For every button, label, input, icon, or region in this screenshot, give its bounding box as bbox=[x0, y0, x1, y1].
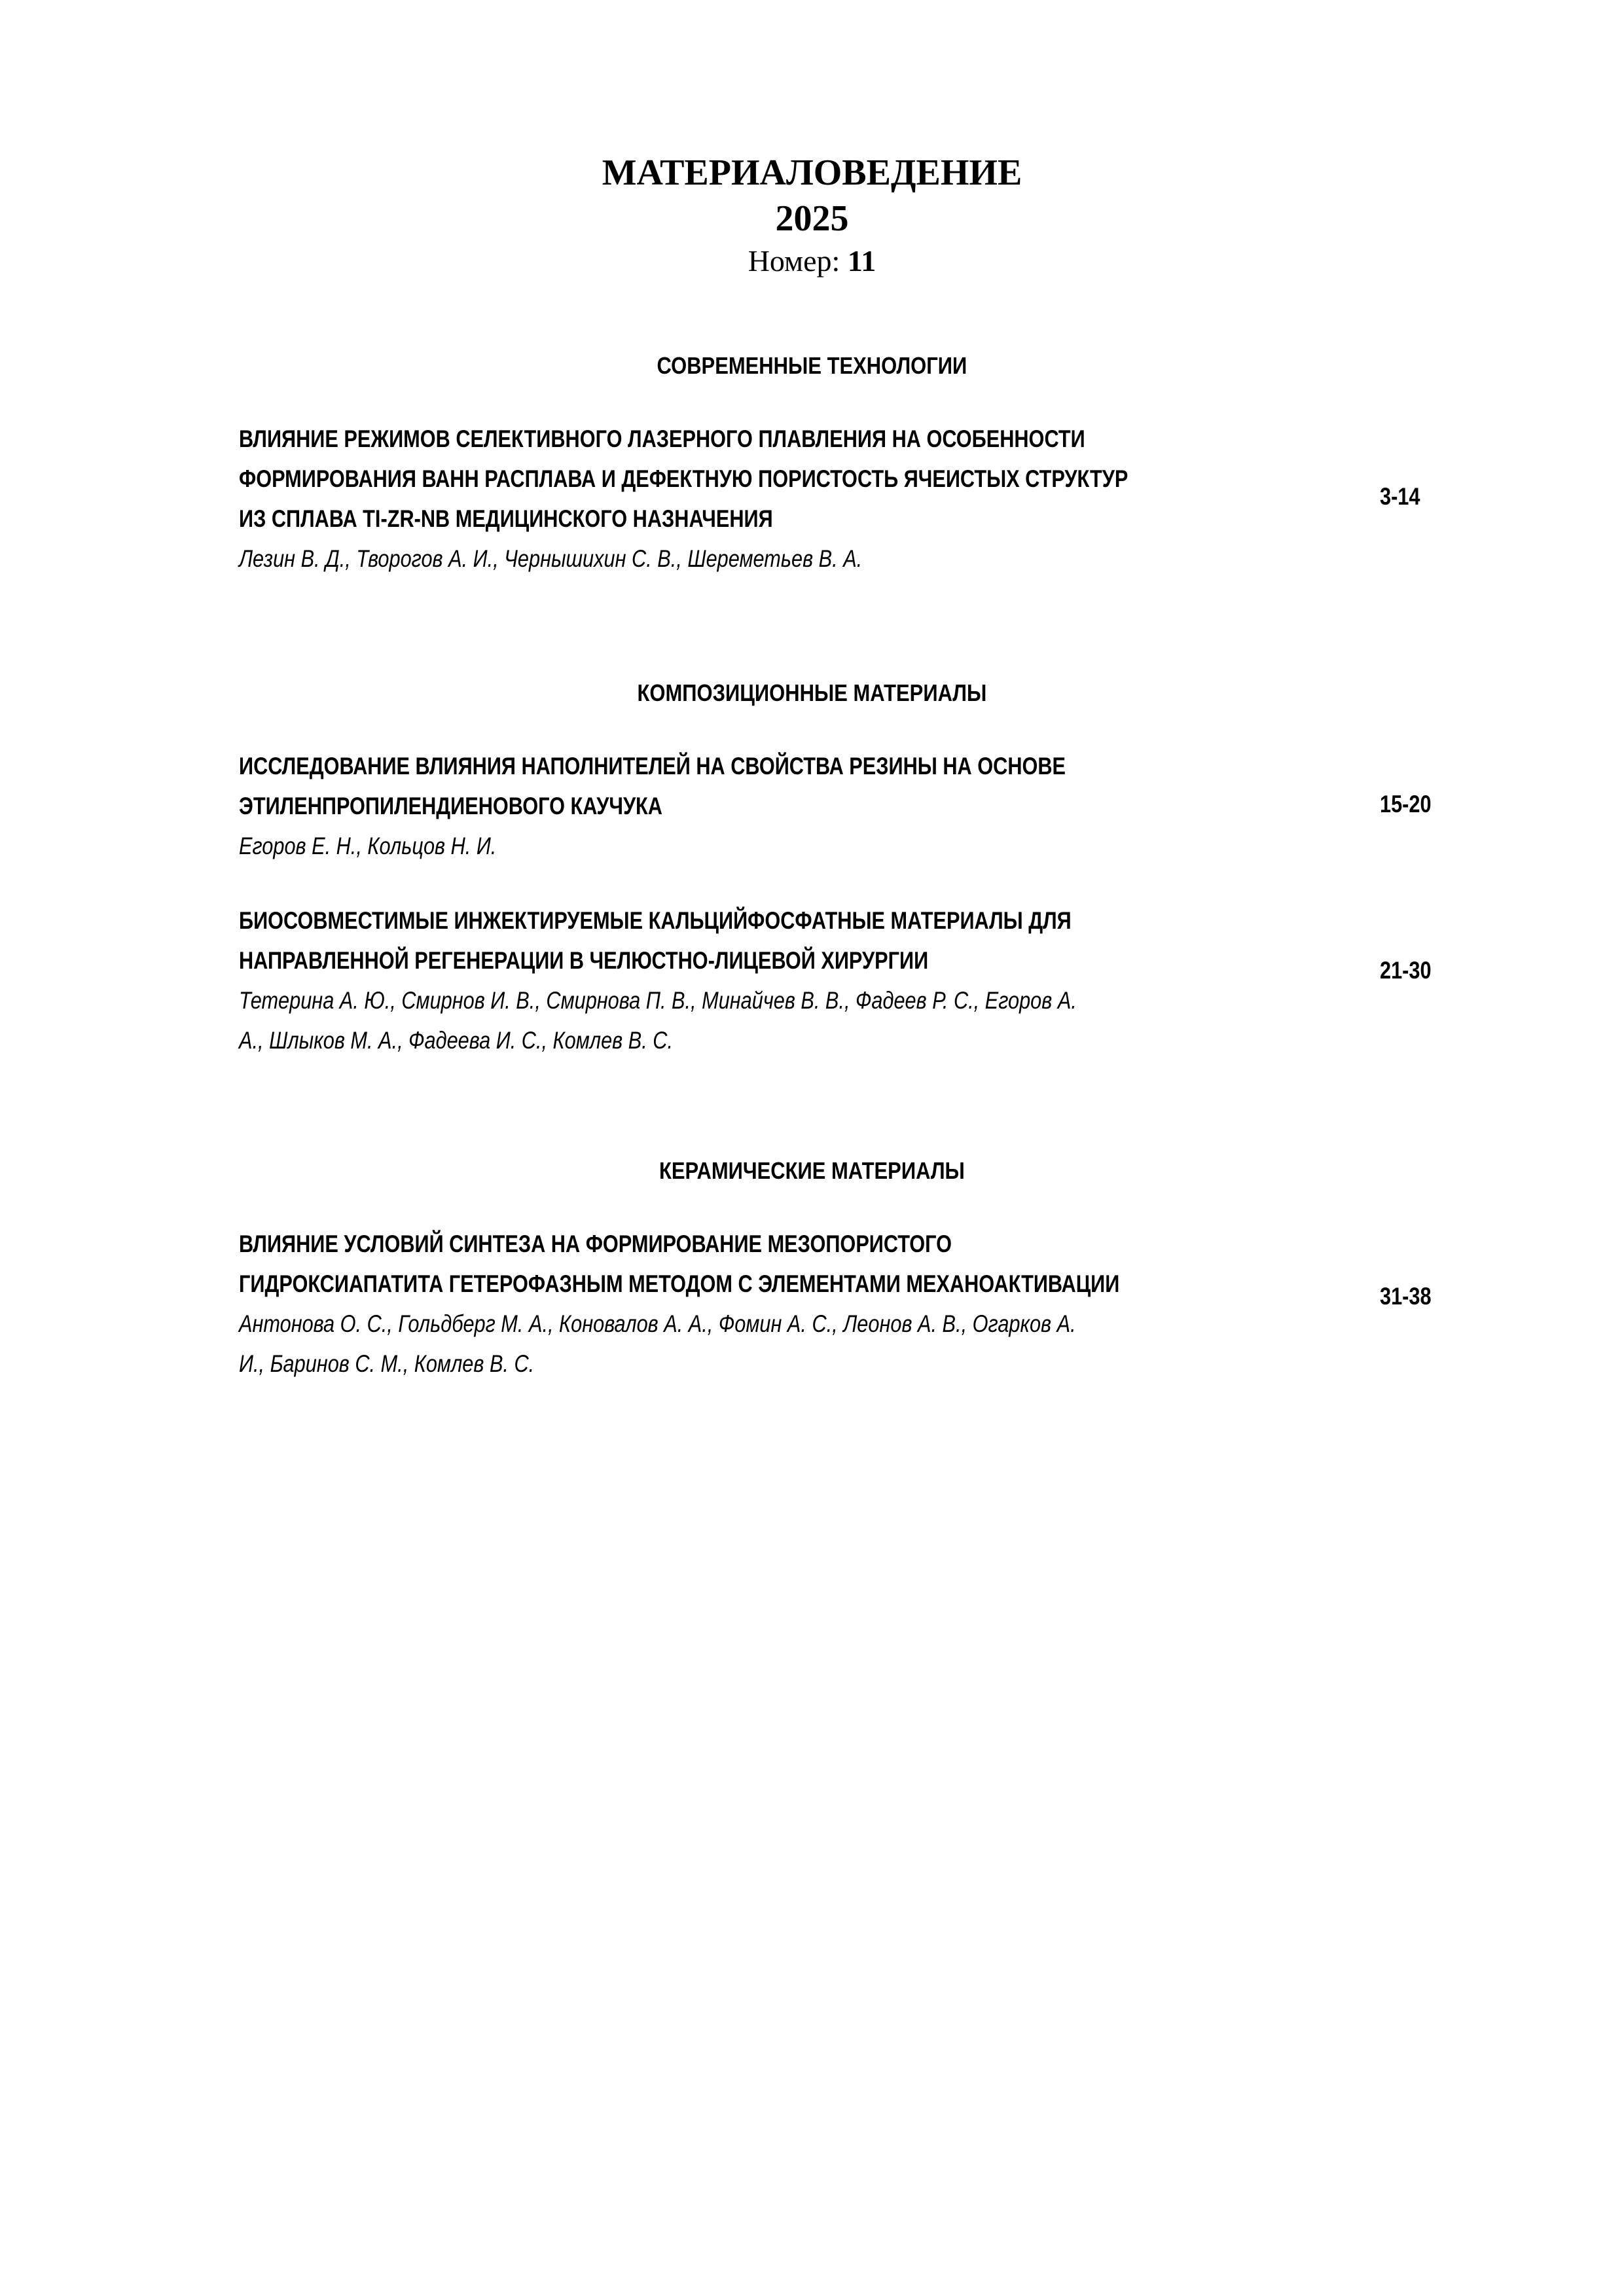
article-title[interactable]: БИОСОВМЕСТИМЫЕ ИНЖЕКТИРУЕМЫЕ КАЛЬЦИЙФОСФ… bbox=[239, 901, 1326, 980]
journal-title: МАТЕРИАЛОВЕДЕНИЕ bbox=[0, 152, 1624, 194]
article-entry[interactable]: ВЛИЯНИЕ РЕЖИМОВ СЕЛЕКТИВНОГО ЛАЗЕРНОГО П… bbox=[239, 419, 1384, 579]
article-authors: Антонова О. С., Гольдберг М. А., Коновал… bbox=[239, 1304, 1326, 1384]
section-title-composite-materials: КОМПОЗИЦИОННЫЕ МАТЕРИАЛЫ bbox=[114, 679, 1511, 707]
article-title[interactable]: ИССЛЕДОВАНИЕ ВЛИЯНИЯ НАПОЛНИТЕЛЕЙ НА СВО… bbox=[239, 746, 1326, 826]
article-entry[interactable]: ИССЛЕДОВАНИЕ ВЛИЯНИЯ НАПОЛНИТЕЛЕЙ НА СВО… bbox=[239, 746, 1384, 866]
article-authors: Тетерина А. Ю., Смирнов И. В., Смирнова … bbox=[239, 980, 1326, 1060]
article-title[interactable]: ВЛИЯНИЕ РЕЖИМОВ СЕЛЕКТИВНОГО ЛАЗЕРНОГО П… bbox=[239, 419, 1326, 539]
issue-label: Номер: bbox=[748, 244, 848, 278]
article-pages: 15-20 bbox=[1380, 791, 1432, 818]
section-title-modern-technologies: СОВРЕМЕННЫЕ ТЕХНОЛОГИИ bbox=[114, 352, 1511, 380]
article-authors: Лезин В. Д., Творогов А. И., Чернышихин … bbox=[239, 539, 1326, 579]
article-authors: Егоров Е. Н., Кольцов Н. И. bbox=[239, 826, 1326, 866]
article-title[interactable]: ВЛИЯНИЕ УСЛОВИЙ СИНТЕЗА НА ФОРМИРОВАНИЕ … bbox=[239, 1224, 1326, 1304]
issue-value: 11 bbox=[848, 244, 876, 278]
article-pages: 31-38 bbox=[1380, 1283, 1432, 1310]
article-pages: 21-30 bbox=[1380, 957, 1432, 984]
section-title-ceramic-materials: КЕРАМИЧЕСКИЕ МАТЕРИАЛЫ bbox=[114, 1157, 1511, 1185]
article-pages: 3-14 bbox=[1380, 483, 1420, 511]
issue-number: Номер: 11 bbox=[0, 243, 1624, 278]
article-entry[interactable]: ВЛИЯНИЕ УСЛОВИЙ СИНТЕЗА НА ФОРМИРОВАНИЕ … bbox=[239, 1224, 1384, 1384]
journal-year: 2025 bbox=[0, 198, 1624, 240]
article-entry[interactable]: БИОСОВМЕСТИМЫЕ ИНЖЕКТИРУЕМЫЕ КАЛЬЦИЙФОСФ… bbox=[239, 901, 1384, 1060]
